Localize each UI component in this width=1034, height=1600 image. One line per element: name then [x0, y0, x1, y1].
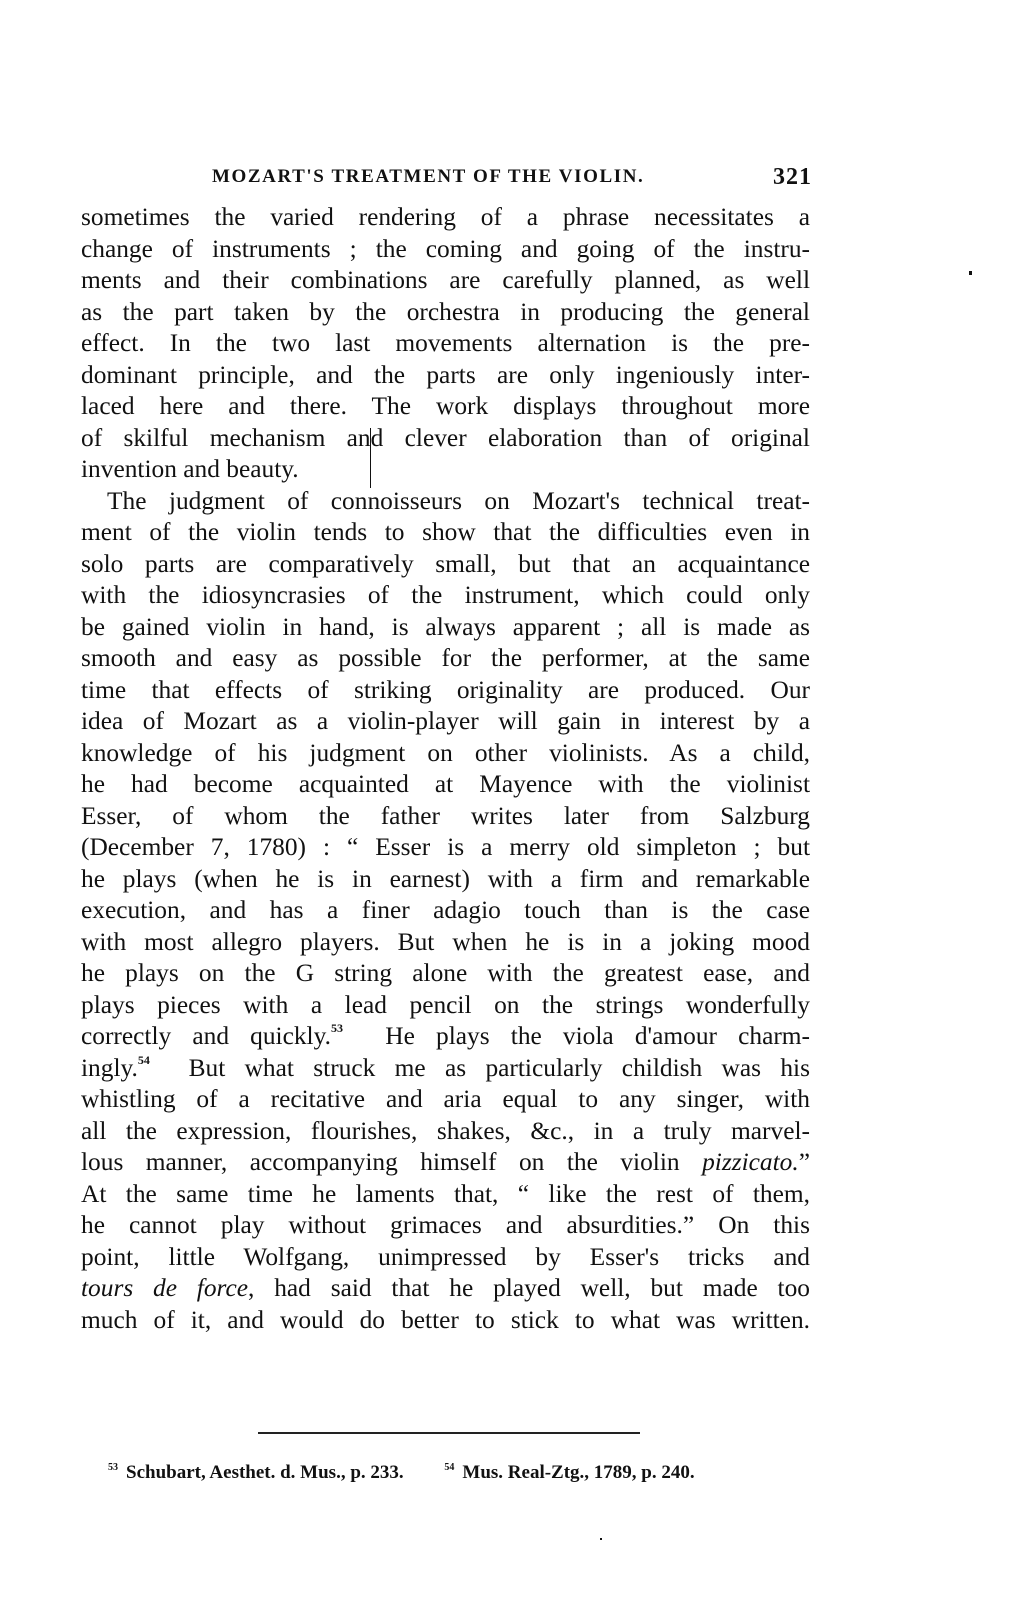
text-line: idea of Mozart as a violin-player will g…: [81, 706, 810, 738]
text-line: be gained violin in hand, is always appa…: [81, 612, 810, 644]
text-line: ments and their combinations are careful…: [81, 265, 810, 297]
text-line: with the idiosyncrasies of the instrumen…: [81, 580, 810, 612]
text-line: effect. In the two last movements altern…: [81, 328, 810, 360]
text-line: solo parts are comparatively small, but …: [81, 549, 810, 581]
scan-speck: [600, 1538, 602, 1540]
text-line: smooth and easy as possible for the perf…: [81, 643, 810, 675]
running-title: Mozart's Treatment of the Violin.: [212, 166, 644, 188]
paragraph-end-line: invention and beauty.: [81, 454, 810, 486]
footnote-text: Schubart, Aesthet. d. Mus., p. 233.: [126, 1462, 404, 1483]
footnote-marker: 54: [444, 1462, 454, 1473]
text-line: point, little Wolfgang, unimpressed by E…: [81, 1242, 810, 1274]
text-line: he cannot play without grimaces and absu…: [81, 1210, 810, 1242]
text-line: (December 7, 1780) : “ Esser is a merry …: [81, 832, 810, 864]
text-line: execution, and has a finer adagio touch …: [81, 895, 810, 927]
footnote-54: 54Mus. Real-Ztg., 1789, p. 240.: [444, 1462, 694, 1484]
text-line: change of instruments ; the coming and g…: [81, 234, 810, 266]
text-line: plays pieces with a lead pencil on the s…: [81, 990, 810, 1022]
text-line: dominant principle, and the parts are on…: [81, 360, 810, 392]
text-line: Esser, of whom the father writes later f…: [81, 801, 810, 833]
text-line-with-footnote: correctly and quickly.53 He plays the vi…: [81, 1021, 810, 1053]
text-line: ment of the violin tends to show that th…: [81, 517, 810, 549]
paragraph-end-line: much of it, and would do better to stick…: [81, 1305, 810, 1337]
page-number: 321: [773, 164, 812, 191]
footnote-ref-54[interactable]: 54: [138, 1053, 150, 1067]
text-line: laced here and there. The work displays …: [81, 391, 810, 423]
text-line: sometimes the varied rendering of a phra…: [81, 202, 810, 234]
paragraph-start-line: The judgment of connoisseurs on Mozart's…: [81, 486, 810, 518]
text-line: with most allegro players. But when he i…: [81, 927, 810, 959]
text-line: he plays on the G string alone with the …: [81, 958, 810, 990]
text-line: time that effects of striking originalit…: [81, 675, 810, 707]
text-line: of skilful mechanism and clever elaborat…: [81, 423, 810, 455]
footnote-53: 53Schubart, Aesthet. d. Mus., p. 233.: [108, 1462, 404, 1484]
footnote-divider: [258, 1432, 640, 1434]
text-line: lous manner, accompanying himself on the…: [81, 1147, 810, 1179]
text-line: he had become acquainted at Mayence with…: [81, 769, 810, 801]
text-line: as the part taken by the orchestra in pr…: [81, 297, 810, 329]
footnote-marker: 53: [108, 1462, 118, 1473]
footnote-text: Mus. Real-Ztg., 1789, p. 240.: [462, 1462, 694, 1483]
scan-speck: [969, 271, 972, 275]
text-line: he plays (when he is in earnest) with a …: [81, 864, 810, 896]
body-text: sometimes the varied rendering of a phra…: [81, 202, 810, 1336]
footnote-ref-53[interactable]: 53: [331, 1021, 343, 1035]
book-page: Mozart's Treatment of the Violin. 321 so…: [0, 0, 1034, 1600]
text-line: tours de force, had said that he played …: [81, 1273, 810, 1305]
text-line: At the same time he laments that, “ like…: [81, 1179, 810, 1211]
text-line: knowledge of his judgment on other violi…: [81, 738, 810, 770]
scan-speck: [370, 428, 371, 488]
text-line: whistling of a recitative and aria equal…: [81, 1084, 810, 1116]
italic-term: tours de force: [81, 1274, 248, 1302]
text-line-with-footnote: ingly.54 But what struck me as particula…: [81, 1053, 810, 1085]
italic-term: pizzicato.: [702, 1148, 799, 1176]
running-head: Mozart's Treatment of the Violin. 321: [212, 166, 812, 196]
text-line: all the expression, flourishes, shakes, …: [81, 1116, 810, 1148]
footnotes: 53Schubart, Aesthet. d. Mus., p. 233. 54…: [108, 1462, 808, 1484]
